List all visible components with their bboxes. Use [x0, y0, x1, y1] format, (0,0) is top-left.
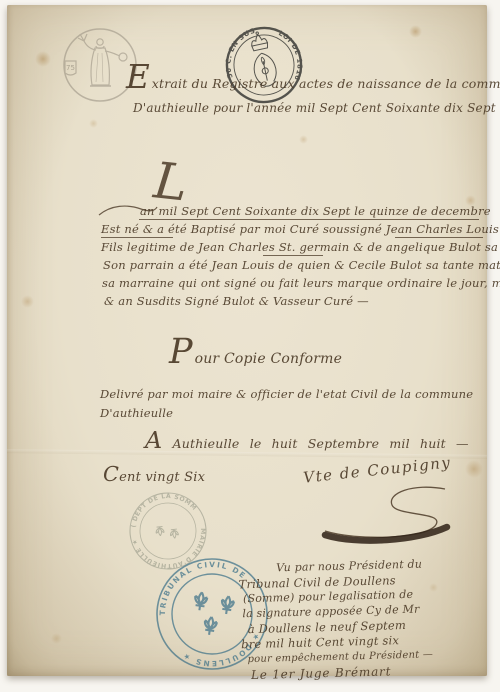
foxing-spot: [409, 25, 422, 38]
seal-denomination: 75: [66, 64, 75, 72]
foxing-spot: [429, 583, 438, 592]
legalization-line: bre mil huit Cent vingt six: [241, 633, 399, 651]
act-line: Est né & a été Baptisé par moi Curé sous…: [101, 222, 499, 236]
act-line: sa marraine qui ont signé ou fait leurs …: [102, 276, 500, 290]
legalization-block: Vu par nous Président du Tribunal Civil …: [236, 556, 496, 563]
foxing-spot: [89, 119, 98, 128]
act-line: an mil Sept Cent Soixante dix Sept le qu…: [140, 204, 491, 218]
act-line: Son parrain a été Jean Louis de quien & …: [103, 258, 500, 272]
legalization-line: pour empêchement du Président —: [247, 649, 433, 665]
copy-certification-title: Pour Copie Conforme: [169, 345, 342, 367]
copy-certification-line: D'authieulle: [100, 406, 173, 420]
foxing-spot: [35, 51, 51, 67]
legalization-line: Vu par nous Président du: [276, 558, 422, 575]
allegorical-figure: [78, 34, 127, 86]
act-line: & an Susdits Signé Bulot & Vasseur Curé …: [104, 294, 369, 308]
ink-underline: [395, 237, 483, 238]
act-line: Fils legitime de Jean Charles St. germai…: [101, 240, 500, 254]
header-line-2: D'authieulle pour l'année mil Sept Cent …: [133, 101, 496, 115]
foxing-spot: [21, 295, 34, 308]
ink-underline: [139, 219, 479, 220]
foxing-spot: [299, 135, 308, 144]
judge-signature: Le 1er Juge Brémart: [251, 664, 392, 682]
foxing-spot: [51, 633, 62, 644]
document-paper: 75 50 C. EN SUS LOI DE 1816 Extrait du R…: [7, 5, 487, 676]
value-shield: 75: [65, 61, 76, 75]
scan-background: { "colors": { "ink": "#4c3b28", "paper":…: [0, 0, 500, 692]
header-line-1: Extrait du Registre aux actes de naissan…: [126, 71, 500, 91]
signature-paraph: [295, 481, 480, 553]
dateline-place-date: A Authieulle le huit Septembre mil huit …: [145, 435, 469, 451]
dateline-year: Cent vingt Six: [103, 469, 205, 485]
copy-certification-line: Delivré par moi maire & officier de l'et…: [100, 387, 473, 401]
ink-underline: [101, 237, 173, 238]
fleur-de-lis-icon: [156, 525, 179, 540]
ink-underline: [263, 255, 323, 256]
fleur-de-lis-icon: [190, 592, 234, 638]
revenue-stamp: 50 C. EN SUS LOI DE 1816: [214, 15, 314, 115]
foxing-spot: [465, 460, 483, 478]
